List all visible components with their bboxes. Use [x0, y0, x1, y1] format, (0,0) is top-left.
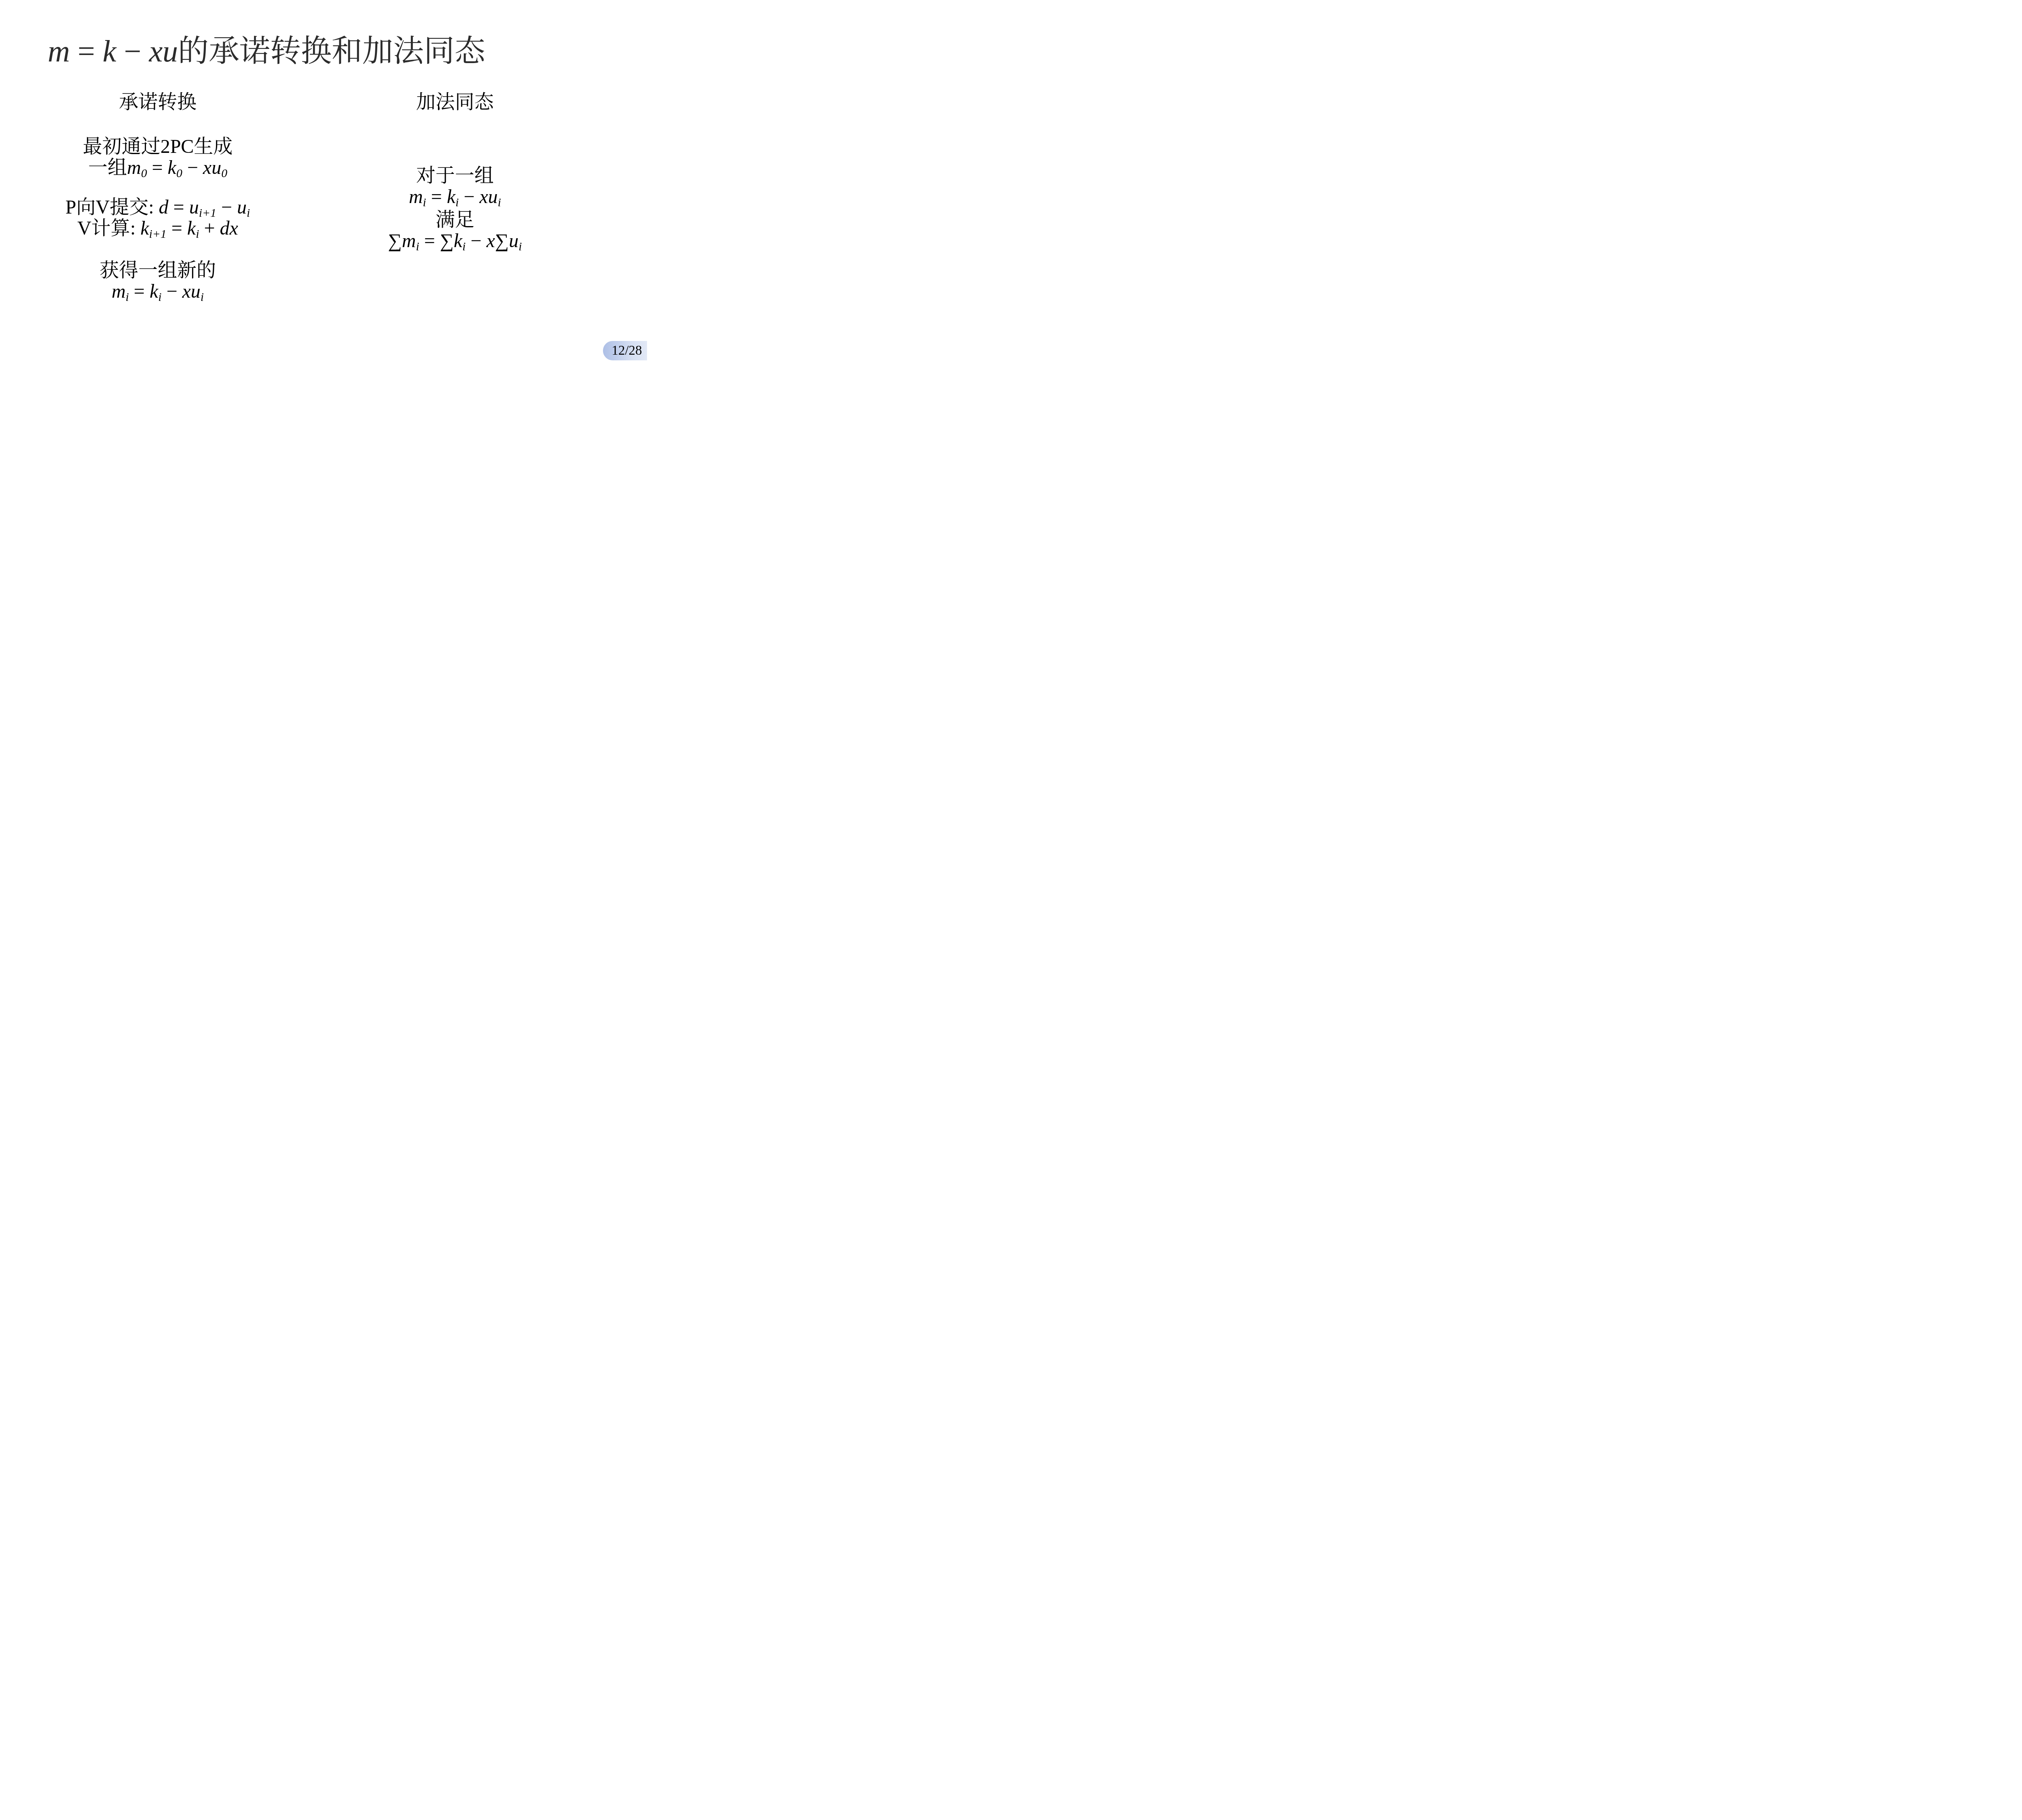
right-line1: 对于一组 — [336, 165, 574, 187]
right-line4: ∑mi = ∑ki − x∑ui — [336, 230, 574, 252]
slide-title: m = k − xu的承诺转换和加法同态 — [48, 34, 485, 69]
left-block1-line2: 一组m0 = k0 − xu0 — [0, 157, 315, 179]
left-block3-line2: mi = ki − xui — [0, 281, 315, 303]
page-number-badge: 12/28 — [603, 341, 647, 360]
left-block3-line1: 获得一组新的 — [0, 260, 315, 281]
left-column-heading: 承诺转换 — [0, 91, 315, 113]
slide: m = k − xu的承诺转换和加法同态 承诺转换 最初通过2PC生成 一组m0… — [0, 0, 647, 364]
right-line3: 满足 — [336, 209, 574, 231]
left-block2-line2: V计算: ki+1 = ki + dx — [0, 218, 315, 239]
left-block1-line1: 最初通过2PC生成 — [0, 136, 315, 158]
right-column-heading: 加法同态 — [336, 91, 574, 113]
left-block2-line1: P向V提交: d = ui+1 − ui — [0, 197, 315, 218]
right-line2: mi = ki − xui — [336, 186, 574, 208]
page-number: 12/28 — [611, 341, 647, 360]
